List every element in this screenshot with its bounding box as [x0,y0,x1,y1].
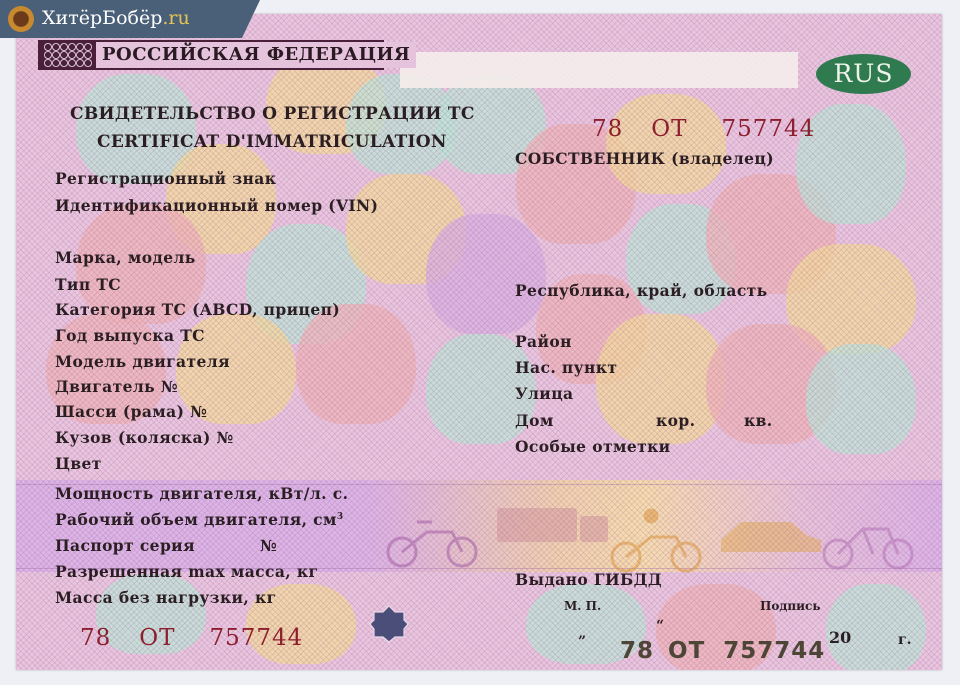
field-reg-plate: Регистрационный знак [55,169,276,188]
certificate-title-ru: СВИДЕТЕЛЬСТВО О РЕГИСТРАЦИИ ТС [70,104,475,124]
year-suffix: г. [898,632,911,648]
field-vin: Идентификационный номер (VIN) [55,196,378,215]
bicycle-icon [818,504,918,574]
serial-top: 78ОТ757744 [592,116,815,142]
motorcycle-icon [606,502,706,577]
site-tld: .ru [162,7,189,29]
serial-bottom-right: 78ОТ757744 [620,638,825,664]
field-house: Дом [515,411,554,430]
serial-series: ОТ [668,638,705,664]
serial-region: 78 [620,638,654,664]
field-issued-by: Выдано ГИБДД [515,570,662,589]
serial-bottom-left: 78ОТ757744 [80,625,303,651]
field-apartment: кв. [744,411,773,430]
field-category: Категория ТС (ABCD, прицеп) [55,300,340,319]
certificate-title-fr: CERTIFICAT D'IMMATRICULATION [97,132,447,152]
field-street: Улица [515,384,574,403]
owner-label: СОБСТВЕННИК (владелец) [515,149,774,168]
year-prefix: 20 [829,628,851,647]
hologram-strip [400,52,798,88]
serial-region: 78 [592,116,623,142]
field-year: Год выпуска ТС [55,326,205,345]
country-title: РОССИЙСКАЯ ФЕДЕРАЦИЯ [96,42,416,68]
country-code-badge: RUS [816,54,911,94]
beaver-icon [8,6,34,32]
field-district: Район [515,332,572,351]
signature-label: Подпись [760,599,820,613]
site-watermark: ХитёрБобёр.ru [42,7,190,29]
field-engine-number: Двигатель № [55,377,178,396]
field-notes: Особые отметки [515,437,671,456]
field-region: Республика, край, область [515,281,768,300]
serial-number: 757744 [721,116,815,142]
field-passport-number: № [260,536,277,555]
volume-superscript: 3 [337,512,344,522]
field-make-model: Марка, модель [55,248,196,267]
field-body-number: Кузов (коляска) № [55,428,234,447]
field-vehicle-type: Тип ТС [55,275,121,294]
engine-volume-label: Рабочий объем двигателя, см [55,510,337,529]
moped-icon [382,502,482,572]
serial-region: 78 [80,625,111,651]
field-max-mass: Разрешенная max масса, кг [55,562,318,581]
field-engine-power: Мощность двигателя, кВт/л. с. [55,484,348,503]
serial-number: 757744 [723,638,825,664]
field-color: Цвет [55,454,102,473]
quote-open: “ [656,618,664,634]
quote-close: ” [578,634,586,650]
car-icon [716,510,826,560]
serial-number: 757744 [209,625,303,651]
stamp-place-label: М. П. [564,599,601,613]
rosette-icon [368,603,410,645]
field-curb-mass: Масса без нагрузки, кг [55,588,277,607]
site-name: ХитёрБобёр [42,7,162,29]
field-chassis-number: Шасси (рама) № [55,402,207,421]
serial-series: ОТ [139,625,175,651]
serial-series: ОТ [651,116,687,142]
field-engine-model: Модель двигателя [55,352,230,371]
field-engine-volume: Рабочий объем двигателя, см3 [55,510,344,529]
field-building: кор. [656,411,695,430]
field-settlement: Нас. пункт [515,358,617,377]
field-passport-series: Паспорт серия [55,536,195,555]
truck-icon [492,502,612,557]
